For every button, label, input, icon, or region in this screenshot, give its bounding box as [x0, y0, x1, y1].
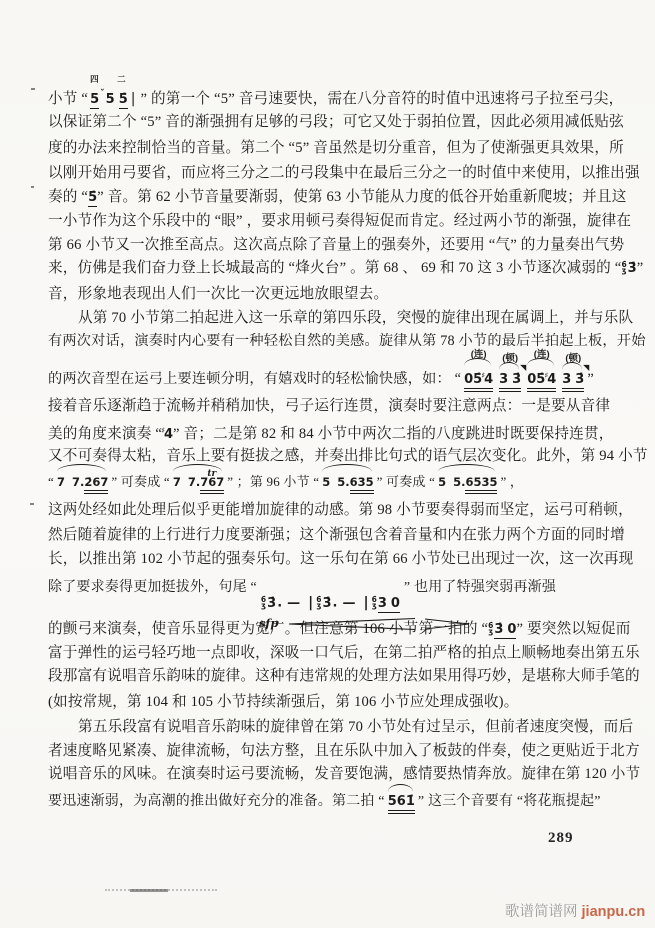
text-line: 度的办法来控制恰当的音量。第二个 “5” 音虽然是切分重音，但为了使渐强更具效果…: [48, 138, 626, 158]
line-text: 这两处经如此处理后似乎更能增加旋律的动感。第 98 小节要奏得弱而坚定，运弓可稍…: [48, 502, 633, 518]
line-text: 第 66 小节又一次推至高点。这次高点除了音量上的强奏外，还要用 “气” 的力量…: [48, 237, 624, 253]
line-text: 第五乐段富有说唱音乐韵味的旋律曾在第 70 小节处有过呈示，但前者速度突慢，而后: [78, 719, 633, 735]
note: 4: [164, 427, 173, 442]
staccato-arrow: ◥: [583, 358, 589, 378]
notation-group-staccato: ◥(顿)33̇: [499, 370, 521, 390]
text-line: 美的角度来演奏 “♯4” 音；二是第 82 和 84 小节中两次二指的八度跳进时…: [48, 421, 626, 445]
scan-speck: [31, 88, 35, 90]
note: 4: [484, 372, 493, 387]
scan-speck: [30, 503, 34, 505]
line-text: 有两次对话，演奏时内心要有一种轻松自然的美感。旋律从第 78 小节的最后半拍起上…: [48, 333, 646, 349]
rest: 0: [391, 596, 400, 611]
scan-speck: [31, 186, 34, 188]
line-text: 段那富有说唱音乐韵味的旋律。这种有违常规的处理方法如果用得巧妙，是堪称大师手笔的: [48, 668, 640, 684]
notation-group-legato: (连)05̇♯4: [464, 366, 493, 390]
note: 5: [106, 92, 115, 107]
line-text: ” 可奏成 “: [377, 474, 435, 489]
barline: |: [131, 91, 136, 107]
notation-figure-5635: 55.635: [322, 472, 373, 492]
line-text: ”: [637, 260, 644, 276]
grace-tremolo-stack: 6̇ʒ: [488, 623, 493, 636]
grace-tremolo-stack: 6̇ʒ: [316, 597, 321, 610]
text-line: 要迅速渐弱，为高潮的推出做好充分的准备。第二拍 “561̇” 这三个音要有 “将…: [48, 792, 626, 812]
note: 5̇: [88, 190, 97, 207]
text-line: 第 66 小节又一次推至高点。这次高点除了音量上的强奏外，还要用 “气” 的力量…: [48, 235, 626, 255]
scan-smudge: [130, 889, 168, 892]
notation-group-staccato: ◥(顿)33̇: [562, 370, 584, 390]
text-line: 来，仿佛是我们奋力登上长城最高的 “烽火台” 。第 68 、 69 和 70 这…: [48, 258, 626, 279]
tremolo-mark: ʒ: [372, 603, 377, 609]
line-text: ” 这三个音要有 “将花瓶提起”: [418, 794, 601, 809]
text-line: 小节 “四二5ˇ55̇|” 的第一个 “5” 音弓速要快，需在八分音符的时值中迅…: [48, 84, 626, 110]
line-text: 接着音乐逐渐趋于流畅并稍稍加快，弓子运行连贯，演奏时要注意两点：一是要从音律: [48, 398, 610, 414]
line-text: 长，以推出第 102 小节起的强奏乐句。这一乐句在第 66 小节处已出现过一次，…: [48, 551, 633, 567]
note-run: 635: [350, 475, 374, 494]
text-line: 者速度略见紧凑、旋律流畅，句法方整，且在乐队中加入了板鼓的伴奏，使之更贴近于北方: [48, 741, 626, 761]
grace-tremolo-stack: 6̇ʒ: [372, 597, 377, 610]
watermark-site-url: jianpu.cn: [582, 904, 646, 920]
grace-tremolo-stack: 6̇ʒ: [621, 262, 626, 275]
text-line: 音，形象地表现出人们一次比一次更远地放眼望去。: [48, 284, 626, 304]
augmentation-dot: ·: [333, 599, 338, 614]
text-line: 一小节作为这个乐段中的 “眼” ，要求用顿弓奏得短促而肯定。经过两小节的渐强，旋…: [48, 211, 626, 231]
note: 7.: [188, 475, 200, 489]
line-text: ” 音；二是第 82 和 84 小节中两次二指的八度跳进时既要保持连贯，: [173, 426, 614, 442]
line-text: ” 的第一个 “5” 音弓速要快，需在八分音符的时值中迅速将弓子拉至弓尖，: [140, 91, 623, 107]
line-text: 富于弹性的运弓轻巧地一点即收，深吸一口气后，在第二拍严格的拍点上顺畅地奏出第五乐: [48, 645, 640, 661]
notation-note-high5: 5̇: [88, 188, 97, 208]
site-watermark: 歌谱简谱网 jianpu.cn: [505, 900, 645, 921]
barline: |: [363, 595, 368, 611]
line-text: ” ；第 96 小节 “: [227, 474, 319, 489]
note: 5.: [453, 475, 465, 489]
line-text: 除了要求奏得更加挺拔外，句尾 “: [48, 580, 257, 595]
line-text: 要迅速渐弱，为高潮的推出做好充分的准备。第二拍 “: [48, 794, 385, 809]
line-text: ” 要突然以短促而: [516, 621, 630, 637]
text-line: 以刚开始用弓要省，而应将三分之二的弓段集中在最后三分之一的时值中来使用，以推出强: [48, 163, 626, 183]
text-line: 又不可奏得太粘，音乐上要有挺拔之感，并奏出排比句式的语气层次变化。此外，第 94…: [48, 446, 626, 466]
line-text: 一小节作为这个乐段中的 “眼” ，要求用顿弓奏得短促而肯定。经过两小节的渐强，旋…: [48, 213, 631, 229]
note: 5: [388, 794, 397, 809]
articulation-label-lian: (连): [471, 345, 487, 365]
notation-figure-7767: tr77.767: [173, 472, 224, 492]
text-line: 说唱音乐的风味。在演奏时运弓要流畅，发音要饱满，感情要热情奔放。旋律在第 120…: [48, 764, 626, 784]
articulation-label-dun: (顿): [565, 349, 581, 369]
note: 6: [397, 794, 406, 809]
line-text: ” 音。第 62 小节音量要渐弱，使第 63 小节能从力度的低谷开始重新爬坡；并…: [97, 189, 626, 205]
text-line: 段那富有说唱音乐韵味的旋律。这种有违常规的处理方法如果用得巧妙，是堪称大师手笔的: [48, 666, 626, 686]
tremolo-mark: ʒ: [316, 603, 321, 609]
notation-figure-7267: 77.2̇67: [57, 472, 108, 492]
note: 3̇: [628, 261, 637, 276]
duration-dash: —: [342, 596, 355, 611]
line-text: ” ，: [500, 474, 523, 489]
notation-tremolo-30: 6̇ʒ3̇0: [488, 620, 516, 640]
notation-sharp4: ♯4: [162, 421, 173, 445]
note: 3: [499, 372, 508, 387]
line-text: 又不可奏得太粘，音乐上要有挺拔之感，并奏出排比句式的语气层次变化。此外，第 94…: [48, 448, 648, 464]
line-text: 的两次音型在运弓上要连顿分明，有嬉戏时的轻松愉快感，如： “: [48, 371, 461, 387]
note: 3̇: [322, 596, 331, 611]
tremolo-mark: ʒ: [488, 629, 493, 635]
note-run: 6535: [465, 475, 497, 494]
articulation-label-dun: (顿): [502, 349, 518, 369]
text-line: (如按常规，第 104 和 105 小节持续渐强后，第 106 小节应处理成强收…: [48, 692, 626, 712]
note: 3̇: [267, 596, 276, 611]
line-text: 度的办法来控制恰当的音量。第二个 “5” 音虽然是切分重音，但为了使渐强更具效果…: [48, 140, 624, 156]
text-line: 这两处经如此处理后似乎更能增加旋律的动感。第 98 小节要奏得弱而坚定，运弓可稍…: [48, 500, 626, 520]
notation-row: 6̇ʒ3̇·—|6̇ʒ3̇·—|6̇ʒ30: [261, 596, 400, 611]
staccato-arrow: ◥: [520, 358, 526, 378]
slur: [388, 784, 413, 792]
line-text: ” 可奏成 “: [111, 474, 169, 489]
line-text: 小节 “: [48, 91, 88, 107]
line-text: 来，仿佛是我们奋力登上长城最高的 “烽火台” 。第 68 、 69 和 70 这…: [48, 260, 621, 276]
line-text: 说唱音乐的风味。在演奏时运弓要流畅，发音要饱满，感情要热情奔放。旋律在第 120…: [48, 766, 640, 782]
line-text: ” 也用了特强突弱再渐强: [404, 580, 556, 595]
line-text: 以刚开始用弓要省，而应将三分之二的弓段集中在最后三分之一的时值中来使用，以推出强: [48, 165, 640, 181]
fingering-mark-si: 四: [90, 69, 99, 89]
note: 3: [562, 372, 571, 387]
note: 7: [57, 475, 65, 489]
note-run: 2̇67: [84, 475, 108, 494]
text-line: 的两次音型在运弓上要连顿分明，有嬉戏时的轻松愉快感，如： “(连)05̇♯4◥(…: [48, 366, 626, 390]
note: 5: [322, 475, 330, 489]
text-line: “77.2̇67” 可奏成 “tr77.767” ；第 96 小节 “55.63…: [48, 472, 626, 492]
text-line: 长，以推出第 102 小节起的强奏乐句。这一乐句在第 66 小节处已出现过一次，…: [48, 549, 626, 569]
text-line: 从第 70 小节第二拍起进入这一乐章的第四乐段，突慢的旋律出现在属调上，并与乐队: [48, 308, 655, 328]
line-text: 者速度略见紧凑、旋律流畅，句法方整，且在乐队中加入了板鼓的伴奏，使之更贴近于北方: [48, 743, 640, 759]
tremolo-mark: ʒ: [261, 603, 266, 609]
note: 1̇: [406, 794, 415, 809]
line-text: 然后随着旋律的上行进行力度要渐强；这个渐强包含着音量和内在张力两个方面的同时增: [48, 527, 625, 543]
rest: 0: [527, 372, 536, 387]
notation-tremolo-3: 6̇ʒ3̇: [621, 259, 636, 279]
notation-lian-dun-figure: (连)05̇♯4◥(顿)33̇(连)05̇♯4◥(顿)33̇: [461, 366, 587, 390]
scanned-book-page: { "page": { "number": "289", "watermark"…: [0, 0, 655, 928]
slur: [322, 464, 371, 472]
line-text: 美的角度来演奏 “: [48, 426, 162, 442]
rest: 0: [464, 372, 473, 387]
note: 5̇: [119, 92, 128, 109]
augmentation-dot: ·: [277, 599, 282, 614]
page-number: 289: [548, 830, 574, 847]
note: 5: [90, 92, 99, 109]
notation-group-legato: (连)05̇♯4: [527, 366, 556, 390]
note: 5: [438, 475, 446, 489]
barline: |: [308, 595, 313, 611]
rest: 0: [507, 622, 516, 637]
watermark-site-name: 歌谱简谱网: [505, 904, 578, 920]
text-line: 奏的 “5̇” 音。第 62 小节音量要渐弱，使第 63 小节能从力度的低谷开始…: [48, 187, 626, 208]
note: 7: [173, 475, 181, 489]
line-text: (如按常规，第 104 和 105 小节持续渐强后，第 106 小节应处理成强收…: [48, 694, 519, 710]
fingering-mark-er: 二: [117, 69, 126, 89]
tick-mark: ˇ: [100, 89, 105, 99]
note: 3: [378, 596, 387, 611]
text-line: 的颤弓来演奏，使音乐显得更为宽广。但注意第 106 小节第一拍的 “6̇ʒ3̇0…: [48, 619, 626, 640]
note: 5.: [337, 475, 349, 489]
note: 3̇: [494, 622, 503, 637]
notation-figure-561: 561̇: [388, 792, 415, 812]
notation-figure-56535: 55.6535: [438, 472, 497, 492]
duration-dash: —: [287, 596, 300, 611]
note: 7.: [72, 475, 84, 489]
trill-mark: tr: [207, 464, 216, 484]
articulation-label-lian: (连): [534, 345, 550, 365]
line-text: “: [48, 474, 54, 489]
line-text: 奏的 “: [48, 189, 88, 205]
line-text: 从第 70 小节第二拍起进入这一乐章的第四乐段，突慢的旋律出现在属调上，并与乐队: [78, 310, 633, 326]
note: 4: [547, 372, 556, 387]
notation-measure-555: 四二5ˇ55̇|: [90, 84, 138, 110]
text-line: 以保证第二个 “5” 音的渐强拥有足够的弓段；可它又处于弱拍位置，因此必须用减低…: [48, 112, 626, 132]
line-text: 音，形象地表现出人们一次比一次更远地放眼望去。: [48, 286, 388, 302]
tremolo-mark: ʒ: [622, 268, 627, 274]
text-line: 接着音乐逐渐趋于流畅并稍稍加快，弓子运行连贯，演奏时要注意两点：一是要从音律: [48, 396, 626, 416]
grace-tremolo-stack: 6̇ʒ: [261, 597, 266, 610]
text-line: 富于弹性的运弓轻巧地一点即收，深吸一口气后，在第二拍严格的拍点上顺畅地奏出第五乐: [48, 643, 626, 663]
line-text: 的颤弓来演奏，使音乐显得更为宽广。但注意第 106 小节第一拍的 “: [48, 621, 488, 637]
text-line: 第五乐段富有说唱音乐韵味的旋律曾在第 70 小节处有过呈示，但前者速度突慢，而后: [48, 717, 655, 737]
line-text: 以保证第二个 “5” 音的渐强拥有足够的弓段；可它又处于弱拍位置，因此必须用减低…: [48, 114, 624, 130]
text-line: 然后随着旋律的上行进行力度要渐强；这个渐强包含着音量和内在张力两个方面的同时增: [48, 525, 626, 545]
